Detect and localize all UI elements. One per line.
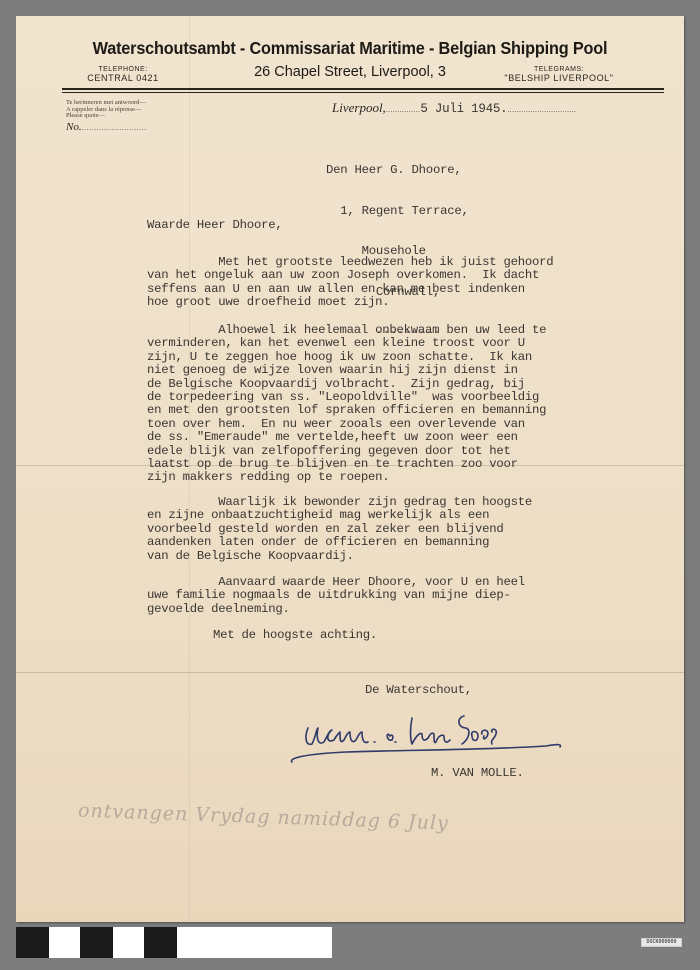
date-place: Liverpool, xyxy=(332,100,386,115)
scan-calibration-strip xyxy=(16,927,332,958)
salutation: Waarde Heer Dhoore, xyxy=(147,218,282,232)
letterhead-title: Waterschoutsambt - Commissariat Maritime… xyxy=(39,38,660,59)
reference-instructions: Te herinneren met antwoord— A rappeler d… xyxy=(66,100,146,120)
fold-crease-lower xyxy=(16,672,684,673)
telegrams-value: "BELSHIP LIVERPOOL" xyxy=(484,74,634,83)
handwritten-signature: Wan. L. Van Hoes xyxy=(286,706,576,766)
recipient-line: Den Heer G. Dhoore, xyxy=(326,164,469,178)
body-paragraph-4: Aanvaard waarde Heer Dhoore, voor U en h… xyxy=(147,576,627,616)
letterhead-telegrams: TELEGRAMS: "BELSHIP LIVERPOOL" xyxy=(484,65,634,83)
reference-number: No........................... xyxy=(66,121,147,133)
letterhead-rule-thick xyxy=(62,88,664,90)
recipient-line: 1, Regent Terrace, xyxy=(326,205,469,219)
reference-number-label: No. xyxy=(66,121,82,133)
reference-number-dots: .......................... xyxy=(82,123,147,132)
closing-phrase: Met de hoogste achting. xyxy=(213,628,377,642)
dateline: Liverpool,...............5 Juli 1945....… xyxy=(332,100,576,116)
sender-title: De Waterschout, xyxy=(365,683,472,697)
calibration-block-white xyxy=(113,927,144,958)
calibration-block-white-wide xyxy=(177,927,332,958)
pencil-annotation: ontvangen Vrydag namiddag 6 July xyxy=(78,806,538,886)
reference-line-english: Please quote— xyxy=(66,113,146,120)
body-paragraph-1: Met het grootste leedwezen heb ik juist … xyxy=(147,256,627,310)
calibration-block-black xyxy=(16,927,49,958)
pencil-annotation-text: ontvangen Vrydag namiddag 6 July xyxy=(78,800,449,835)
letterhead-rule-thin xyxy=(62,92,664,93)
date-dots-after: .............................. xyxy=(507,105,576,114)
calibration-block-white xyxy=(49,927,80,958)
signatory-name: M. VAN MOLLE. xyxy=(431,766,524,780)
archive-barcode-label: DOCK000000 xyxy=(641,938,682,947)
body-paragraph-2: Alhoewel ik heelemaal onbekwaam ben uw l… xyxy=(147,324,627,485)
calibration-block-black xyxy=(80,927,113,958)
date-value: 5 Juli 1945. xyxy=(420,102,507,116)
body-paragraph-3: Waarlijk ik bewonder zijn gedrag ten hoo… xyxy=(147,496,627,563)
letter-page: Waterschoutsambt - Commissariat Maritime… xyxy=(16,16,684,922)
calibration-block-black xyxy=(144,927,177,958)
date-dots-before: ............... xyxy=(386,105,421,114)
